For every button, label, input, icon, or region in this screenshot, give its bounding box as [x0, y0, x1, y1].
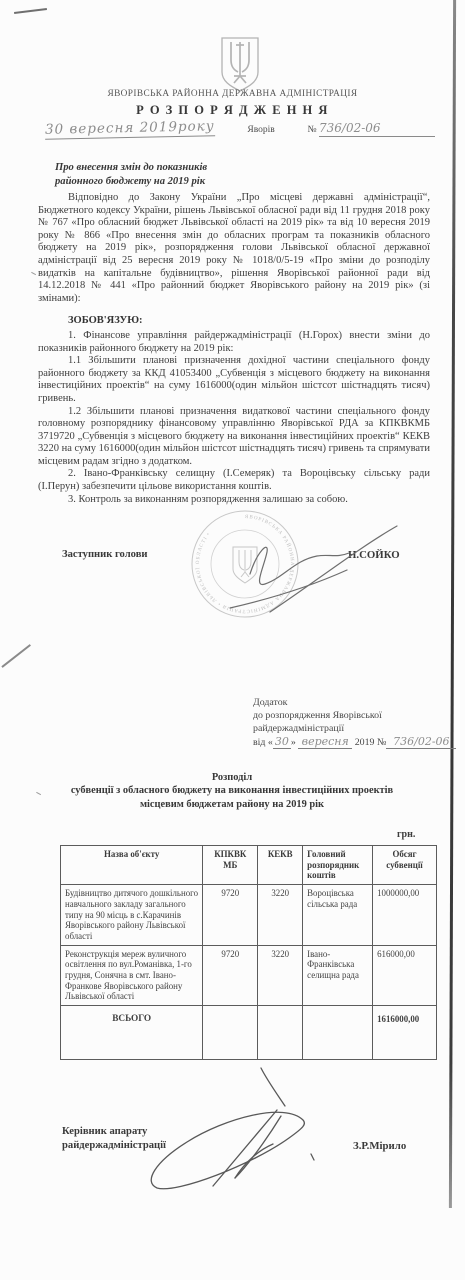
signature-1: [195, 512, 410, 624]
scan-edge-line: [449, 0, 456, 1208]
empty-cell: [258, 1006, 303, 1060]
table-row: Реконструкція мереж вуличного освітлення…: [61, 945, 437, 1006]
table-row: Будівництво дитячого дошкільного навчаль…: [61, 885, 437, 946]
cell-manager: Івано-Франківська селищна рада: [303, 945, 373, 1006]
annex-title-line: місцевим бюджетам району на 2019 рік: [12, 798, 452, 811]
annex-date-suffix: 2019 №: [355, 737, 387, 748]
scan-speck: [31, 272, 36, 276]
col-header-kpkvk: КПКВК МБ: [203, 846, 258, 885]
document-type-title: Р О З П О Р Я Д Ж Е Н Н Я: [0, 103, 465, 118]
annex-handwritten-month: вересня: [298, 735, 352, 749]
currency-note: грн.: [397, 829, 415, 840]
obligate-heading: ЗОБОВ'ЯЗУЮ:: [38, 315, 430, 328]
handwritten-date: 30 вересня 2019року: [45, 118, 215, 140]
annex-heading: Додаток до розпорядження Яворівської рай…: [253, 696, 456, 749]
cell-kpkvk: 9720: [203, 885, 258, 946]
empty-cell: [303, 1006, 373, 1060]
body-item: 1.2 Збільшити планові призначення видатк…: [38, 406, 430, 469]
annex-title: Розподіл субвенції з обласного бюджету н…: [12, 771, 452, 811]
col-header-object-name: Назва об'єкту: [61, 846, 203, 885]
org-name: ЯВОРІВСЬКА РАЙОННА ДЕРЖАВНА АДМІНІСТРАЦІ…: [0, 89, 465, 99]
table-total-row: ВСЬОГО 1616000,00: [61, 1006, 437, 1060]
annex-handwritten-number: 736/02-06: [386, 735, 456, 749]
annex-date-infix: »: [291, 737, 296, 748]
cell-total-amount: 1616000,00: [373, 1006, 437, 1060]
annex-heading-line: Додаток: [253, 696, 456, 709]
annex-handwritten-day: 30: [273, 735, 291, 749]
annex-heading-line: райдержадміністрації: [253, 722, 456, 735]
annex-date-line: від «30» вересня 2019 №736/02-06: [253, 735, 456, 749]
cell-amount: 1000000,00: [373, 885, 437, 946]
cell-kekv: 3220: [258, 945, 303, 1006]
cell-kpkvk: 9720: [203, 945, 258, 1006]
cell-object-name: Реконструкція мереж вуличного освітлення…: [61, 945, 203, 1006]
cell-manager: Вороцівська сільська рада: [303, 885, 373, 946]
annex-heading-line: до розпорядження Яворівської: [253, 709, 456, 722]
col-header-manager: Головний розпорядник коштів: [303, 846, 373, 885]
body-item: 1.1 Збільшити планові призначення дохідн…: [38, 355, 430, 405]
empty-cell: [203, 1006, 258, 1060]
handwritten-number: 736/02-06: [319, 121, 435, 137]
document-number: № 736/02-06: [308, 121, 435, 138]
body-item: 1. Фінансове управління райдержадміністр…: [38, 330, 430, 355]
signer2-name: З.Р.Мірило: [353, 1140, 406, 1152]
preamble-paragraph: Відповідно до Закону України „Про місцев…: [38, 192, 430, 305]
number-sign: №: [308, 125, 317, 135]
place-label: Яворів: [247, 125, 274, 138]
cell-amount: 616000,00: [373, 945, 437, 1006]
cell-kekv: 3220: [258, 885, 303, 946]
table-header-row: Назва об'єкту КПКВК МБ КЕКВ Головний роз…: [61, 846, 437, 885]
cell-total-label: ВСЬОГО: [61, 1006, 203, 1060]
ukraine-trident-emblem-icon: [217, 36, 263, 94]
signature-2: [135, 1058, 325, 1208]
body-item: 2. Івано-Франківську селищну (І.Семеряк)…: [38, 468, 430, 493]
annex-title-line: субвенції з обласного бюджету на виконан…: [12, 784, 452, 797]
allocation-table: Назва об'єкту КПКВК МБ КЕКВ Головний роз…: [60, 845, 437, 1060]
signer1-title: Заступник голови: [62, 549, 148, 560]
date-place-number-row: 30 вересня 2019року Яворів № 736/02-06: [45, 120, 435, 138]
col-header-kekv: КЕКВ: [258, 846, 303, 885]
subject-block: Про внесення змін до показників районног…: [55, 161, 207, 188]
annex-date-prefix: від «: [253, 737, 273, 748]
document-page: ЯВОРІВСЬКА РАЙОННА ДЕРЖАВНА АДМІНІСТРАЦІ…: [0, 0, 465, 1280]
annex-title-line: Розподіл: [12, 771, 452, 784]
col-header-amount: Обсяг субвенції: [373, 846, 437, 885]
scan-artifact-line-top: [14, 8, 47, 14]
body-text: Відповідно до Закону України „Про місцев…: [38, 192, 430, 506]
subject-line: Про внесення змін до показників: [55, 161, 207, 175]
cell-object-name: Будівництво дитячого дошкільного навчаль…: [61, 885, 203, 946]
scan-artifact-fold: [1, 644, 30, 667]
subject-line: районного бюджету на 2019 рік: [55, 175, 207, 189]
